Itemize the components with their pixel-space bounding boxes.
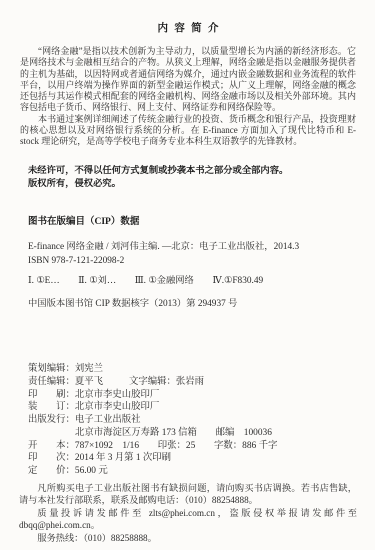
content-summary-title: 内容简介 [20,20,356,35]
cip-record-line: E-finance 网络金融 / 刘河伟主编. —北京：电子工业出版社，2014… [28,240,355,254]
cip-classification-line: Ⅰ. ①E… Ⅱ. ①刘… Ⅲ. ①金融网络 Ⅳ.①F830.49 [28,275,355,288]
isbn-line: ISBN 978-7-121-22098-2 [28,254,355,268]
copyright-notice-line-2: 版权所有，侵权必究。 [28,178,355,191]
colophon-label: 开 本： [28,441,75,451]
colophon-label: 印 刷： [28,390,75,400]
colophon-value: 北京市李史山胶印厂 [75,390,159,400]
colophon-row-binding: 装 订：北京市李史山胶印厂 [28,401,359,414]
colophon-row-duty-editor: 责任编辑：夏平飞文字编辑：张岩雨 [28,376,359,389]
colophon-label: 定 价： [28,466,75,476]
colophon-label: 印 次： [28,453,75,463]
complaint-email-paragraph: 质量投诉请发邮件至 zlts@phei.com.cn，盗版侵权举报请发邮件至 d… [19,507,357,532]
copyright-notice-section: 未经许可，不得以任何方式复制或抄袭本书之部分或全部内容。 版权所有，侵权必究。 [28,165,355,190]
colophon-label-2: 文字编辑： [129,377,176,387]
colophon-section: 策划编辑：刘宪兰 责任编辑：夏平飞文字编辑：张岩雨 印 刷：北京市李史山胶印厂 … [28,363,359,478]
colophon-row-planning-editor: 策划编辑：刘宪兰 [28,363,359,376]
colophon-value: 电子工业出版社 [75,415,141,425]
content-summary-section: 内容简介 “网络金融”是指以技术创新为主导动力，以质量型增长为内涵的新经济形态。… [20,20,356,148]
service-hotline-paragraph: 服务热线：（010）88258888。 [19,532,357,544]
colophon-label: 装 订： [28,402,75,412]
colophon-row-impression: 印 次：2014 年 3 月第 1 次印刷 [28,452,359,465]
colophon-row-format: 开 本：787×1092 1/16 印张：25 字数：886 千字 [28,440,359,453]
colophon-label: 策划编辑： [28,364,75,374]
colophon-row-publisher: 出版发行：电子工业出版社 [28,414,359,427]
colophon-value: 787×1092 1/16 印张：25 字数：886 千字 [75,441,277,451]
colophon-row-price: 定 价：56.00 元 [28,465,359,478]
colophon-value: 2014 年 3 月第 1 次印刷 [75,453,171,463]
colophon-row-publisher-address: 北京市海淀区万寿路 173 信箱 邮编 100036 [28,427,359,440]
colophon-label: 责任编辑： [28,377,75,387]
colophon-label: 出版发行： [28,415,75,425]
cip-data-section: 图书在版编目（CIP）数据 E-finance 网络金融 / 刘河伟主编. —北… [28,213,355,311]
summary-paragraph-1: “网络金融”是指以技术创新为主导动力，以质量型增长为内涵的新经济形态。它是网络技… [20,46,356,114]
colophon-value: 刘宪兰 [75,364,103,374]
colophon-value: 北京市李史山胶印厂 [75,402,159,412]
copyright-notice-line-1: 未经许可，不得以任何方式复制或抄袭本书之部分或全部内容。 [28,165,355,178]
colophon-value: 56.00 元 [75,466,108,476]
colophon-row-printer: 印 刷：北京市李史山胶印厂 [28,389,359,402]
colophon-value-2: 张岩雨 [176,377,204,387]
colophon-value: 夏平飞 [75,377,103,387]
purchase-notice-paragraph: 凡所购买电子工业出版社图书有缺损问题，请向购买书店调换。若书店售缺，请与本社发行… [19,482,357,507]
book-copyright-page: 内容简介 “网络金融”是指以技术创新为主导动力，以质量型增长为内涵的新经济形态。… [0,0,375,550]
summary-paragraph-2: 本书通过案例详细阐述了传统金融行业的投资、货币概念和银行产品，投资理财的核心思想… [20,114,356,148]
publisher-address: 北京市海淀区万寿路 173 信箱 邮编 100036 [28,428,272,438]
service-notices-section: 凡所购买电子工业出版社图书有缺损问题，请向购买书店调换。若书店售缺，请与本社发行… [19,482,357,544]
cip-heading: 图书在版编目（CIP）数据 [28,213,355,227]
cip-registry-line: 中国版本图书馆 CIP 数据核字（2013）第 294937 号 [28,298,355,311]
